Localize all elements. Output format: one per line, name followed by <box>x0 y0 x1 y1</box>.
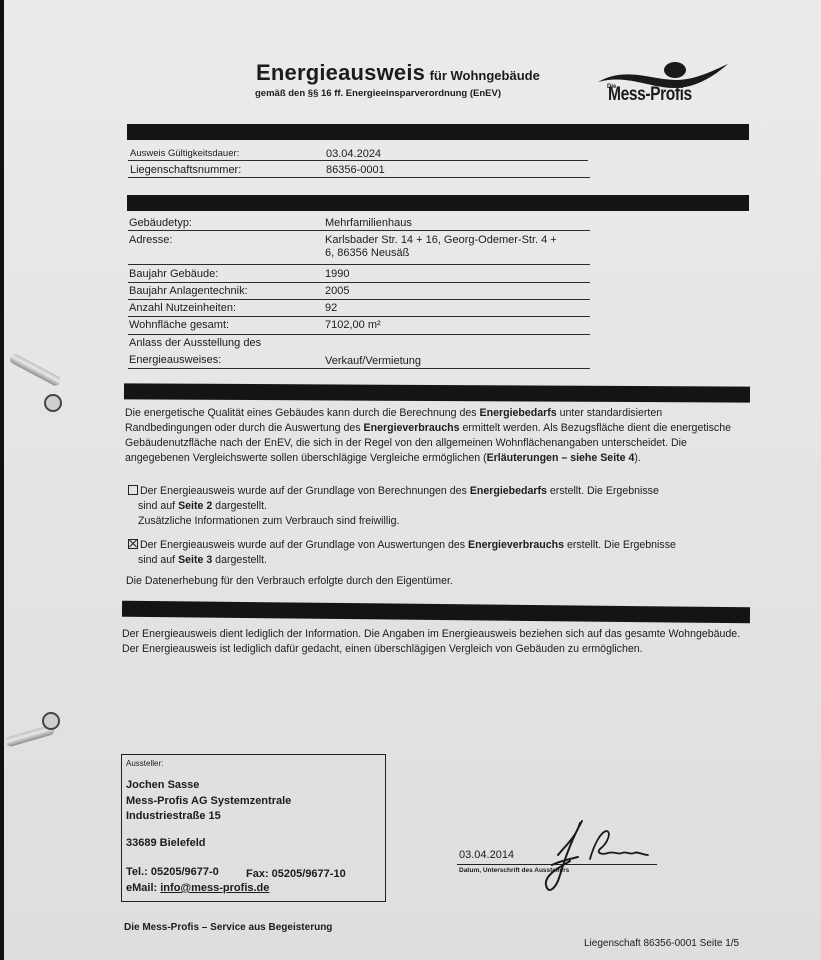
issuer-city: 33689 Bielefeld <box>126 837 206 849</box>
label-year-systems: Baujahr Anlagentechnik: <box>129 285 248 297</box>
intro-bold-demand: Energiebedarfs <box>480 407 557 419</box>
rule <box>128 177 590 178</box>
option-demand-bold: Energiebedarfs <box>470 485 547 497</box>
data-collection-note: Die Datenerhebung für den Verbrauch erfo… <box>126 574 748 589</box>
value-building-type: Mehrfamilienhaus <box>325 217 412 229</box>
issuer-tel: Tel.: 05205/9677-0 <box>126 866 219 878</box>
document-subtitle: gemäß den §§ 16 ff. Energieeinsparverord… <box>255 88 501 99</box>
label-year-built: Baujahr Gebäude: <box>129 268 218 280</box>
value-year-built: 1990 <box>325 268 349 280</box>
footer-page-info: Liegenschaft 86356-0001 Seite 1/5 <box>584 938 739 949</box>
footer-slogan: Die Mess-Profis – Service aus Begeisteru… <box>124 922 332 933</box>
label-reason-line2: Energieausweises: <box>129 354 221 366</box>
label-reason-line1: Anlass der Ausstellung des <box>129 337 261 349</box>
document-title: Energieausweis für Wohngebäude <box>256 60 540 86</box>
binder-hole-bottom <box>42 712 60 730</box>
option-demand-text-b: erstellt. Die Ergebnisse <box>550 485 659 497</box>
rule <box>128 368 590 369</box>
handwritten-signature-icon <box>530 815 670 900</box>
checkbox-demand[interactable] <box>128 485 138 495</box>
value-units: 92 <box>325 302 337 314</box>
rule <box>128 282 590 283</box>
issuer-street: Industriestraße 15 <box>126 810 221 822</box>
option-demand-line3: Zusätzliche Informationen zum Verbrauch … <box>128 515 399 527</box>
value-year-systems: 2005 <box>325 285 349 297</box>
logo-name: Mess-Profis <box>608 84 692 106</box>
issuer-email-label: eMail: <box>126 882 157 894</box>
option-consumption: Der Energieausweis wurde auf der Grundla… <box>128 538 750 568</box>
option-demand-line2-b: dargestellt. <box>215 500 267 512</box>
issuer-box: Aussteller: Jochen Sasse Mess-Profis AG … <box>121 754 386 902</box>
option-consumption-line2-a: sind auf <box>128 554 175 566</box>
signature-date: 03.04.2014 <box>459 849 514 861</box>
page-edge <box>0 0 4 960</box>
option-consumption-text-a: Der Energieausweis wurde auf der Grundla… <box>140 539 465 551</box>
issuer-email-link[interactable]: info@mess-profis.de <box>160 882 269 894</box>
option-demand: Der Energieausweis wurde auf der Grundla… <box>128 484 750 529</box>
document-page: Energieausweis für Wohngebäude gemäß den… <box>0 0 821 960</box>
intro-text-end: ). <box>634 452 640 464</box>
rule <box>128 264 590 265</box>
value-address-line2: 6, 86356 Neusäß <box>325 247 409 259</box>
value-reason: Verkauf/Vermietung <box>325 355 421 367</box>
value-property-number: 86356-0001 <box>326 164 385 176</box>
rule <box>128 160 588 161</box>
issuer-email-row: eMail: info@mess-profis.de <box>126 882 269 894</box>
title-suffix: für Wohngebäude <box>430 68 540 83</box>
title-main: Energieausweis <box>256 60 425 85</box>
label-living-area: Wohnfläche gesamt: <box>129 319 229 331</box>
label-validity: Ausweis Gültigkeitsdauer: <box>130 148 239 159</box>
option-demand-page: Seite 2 <box>178 500 212 512</box>
rule <box>128 334 590 335</box>
value-living-area: 7102,00 m² <box>325 319 381 331</box>
label-address: Adresse: <box>129 234 172 246</box>
label-property-number: Liegenschaftsnummer: <box>130 164 241 176</box>
checkbox-consumption[interactable] <box>128 539 138 549</box>
option-demand-text-a: Der Energieausweis wurde auf der Grundla… <box>140 485 467 497</box>
rule <box>128 299 590 300</box>
section-bar-notice <box>122 601 750 624</box>
binder-ring-top <box>8 352 62 387</box>
issuer-fax: Fax: 05205/9677-10 <box>246 868 346 880</box>
rule <box>128 230 590 231</box>
option-demand-line2-a: sind auf <box>128 500 175 512</box>
value-validity: 03.04.2024 <box>326 148 381 160</box>
intro-bold-consumption: Energieverbrauchs <box>364 422 460 434</box>
option-consumption-page: Seite 3 <box>178 554 212 566</box>
section-bar-validity <box>127 124 749 140</box>
label-units: Anzahl Nutzeinheiten: <box>129 302 236 314</box>
section-bar-intro <box>124 383 750 402</box>
issuer-company: Mess-Profis AG Systemzentrale <box>126 795 291 807</box>
issuer-caption: Aussteller: <box>126 759 163 768</box>
section-bar-building <box>127 195 749 211</box>
label-building-type: Gebäudetyp: <box>129 217 192 229</box>
rule <box>128 316 590 317</box>
option-consumption-text-b: erstellt. Die Ergebnisse <box>567 539 676 551</box>
intro-paragraph: Die energetische Qualität eines Gebäudes… <box>125 406 747 466</box>
option-consumption-line2-b: dargestellt. <box>215 554 267 566</box>
value-address-line1: Karlsbader Str. 14 + 16, Georg-Odemer-St… <box>325 234 557 246</box>
option-consumption-bold: Energieverbrauchs <box>468 539 564 551</box>
notice-paragraph: Der Energieausweis dient lediglich der I… <box>122 627 747 657</box>
binder-hole-top <box>44 394 62 412</box>
intro-bold-explanations: Erläuterungen – siehe Seite 4 <box>487 452 635 464</box>
issuer-name: Jochen Sasse <box>126 779 199 791</box>
intro-text-1: Die energetische Qualität eines Gebäudes… <box>125 407 477 419</box>
